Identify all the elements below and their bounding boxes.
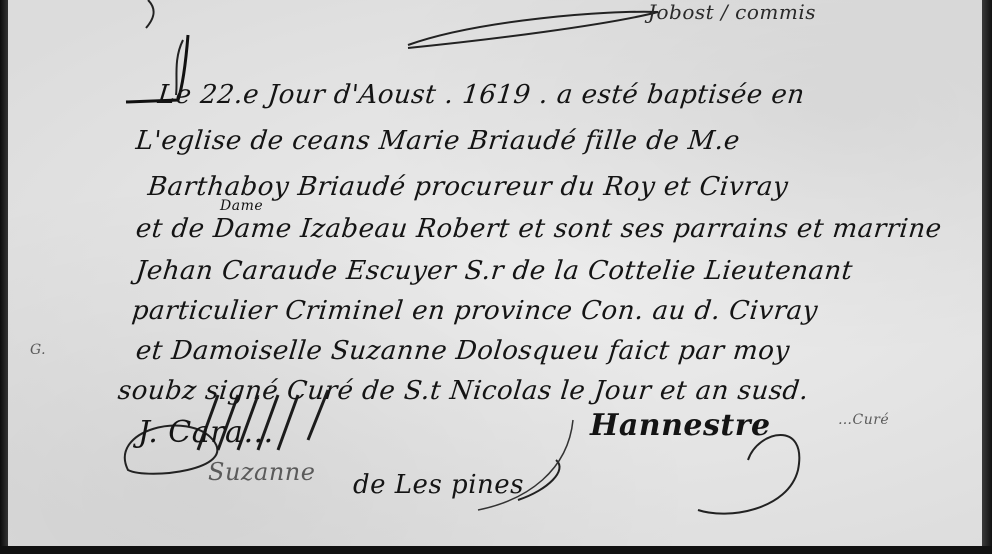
signature-cure: …Curé — [838, 412, 889, 428]
signature-suzanne: Suzanne — [208, 458, 315, 486]
record-line-8: soubz signé Curé de S.t Nicolas le Jour … — [116, 376, 810, 406]
record-line-4: et de Dame Izabeau Robert et sont ses pa… — [134, 214, 943, 244]
signature-hannestre: Hannestre — [590, 408, 771, 443]
document-page: Jobost / commis G. Le 22.e Jour d'Aoust … — [8, 0, 984, 548]
record-line-5: Jehan Caraude Escuyer S.r de la Cottelie… — [134, 256, 854, 286]
interlinear-dame: Dame — [220, 198, 263, 214]
record-line-7: et Damoiselle Suzanne Dolosqueu faict pa… — [134, 336, 791, 366]
scan-left-border — [0, 0, 8, 554]
scan-right-border — [982, 0, 992, 554]
previous-entry-fragment: Jobost / commis — [648, 0, 816, 24]
record-line-2: L'eglise de ceans Marie Briaudé fille de… — [134, 126, 741, 156]
record-line-6: particulier Criminel en province Con. au… — [130, 296, 819, 326]
margin-note: G. — [30, 342, 46, 358]
scan-bottom-border — [0, 546, 992, 554]
record-line-1: Le 22.e Jour d'Aoust . 1619 . a esté bap… — [156, 80, 806, 110]
signature-de-les-pines: de Les pines — [353, 470, 524, 500]
signature-godfather: J. Cara… — [138, 415, 274, 450]
